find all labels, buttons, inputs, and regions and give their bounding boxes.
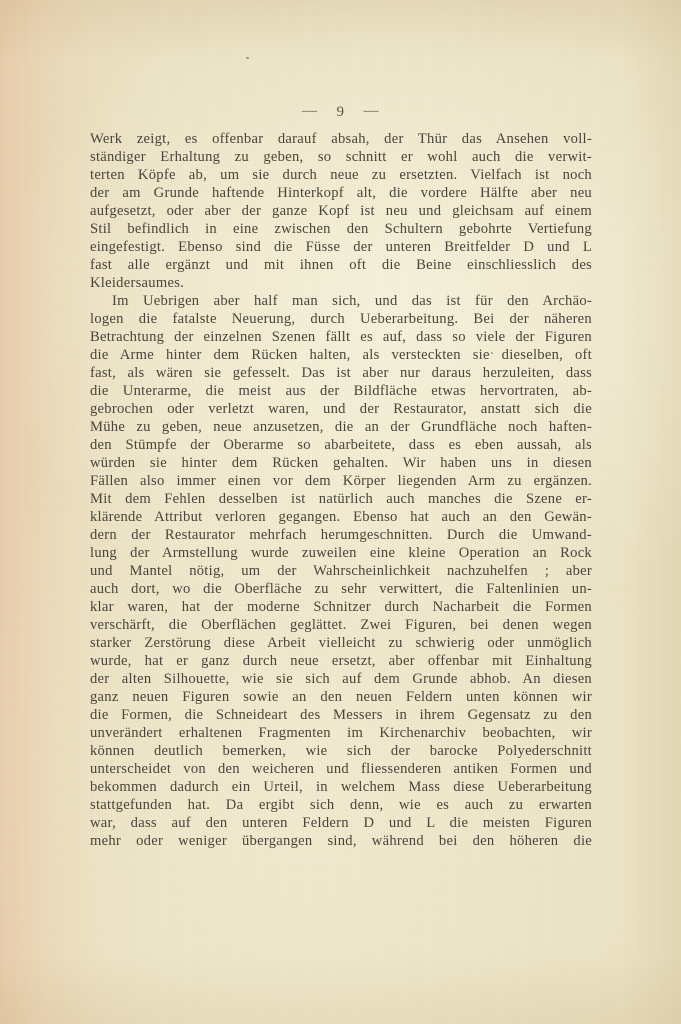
header-dash-right: — [364, 103, 380, 119]
text-line: klar waren, hat der moderne Schnitzer du… [90, 598, 592, 616]
text-line: unverändert erhaltenen Fragmenten im Kir… [90, 724, 592, 742]
text-line: terten Köpfe ab, um sie durch neue zu er… [90, 166, 592, 184]
text-line: die Unterarme, die meist aus der Bildflä… [90, 382, 592, 400]
paragraph: Im Uebrigen aber half man sich, und das … [90, 292, 592, 850]
text-line: gebrochen oder verletzt waren, und der R… [90, 400, 592, 418]
text-line: und Mantel nötig, um der Wahrscheinlichk… [90, 562, 592, 580]
text-line: können deutlich bemerken, wie sich der b… [90, 742, 592, 760]
text-line: logen die fatalste Neuerung, durch Ueber… [90, 310, 592, 328]
text-line: ganz neuen Figuren sowie an den neuen Fe… [90, 688, 592, 706]
text-line: lung der Armstellung wurde zuweilen eine… [90, 544, 592, 562]
text-line: die Arme hinter dem Rücken halten, als v… [90, 346, 592, 364]
text-line: wurde, hat er ganz durch neue ersetzt, a… [90, 652, 592, 670]
ink-speck [246, 57, 249, 59]
paragraph: Werk zeigt, es offenbar darauf absah, de… [90, 130, 592, 292]
text-line: eingefestigt. Ebenso sind die Füsse der … [90, 238, 592, 256]
text-line: auch dort, wo die Oberfläche zu sehr ver… [90, 580, 592, 598]
text-line: Betrachtung der einzelnen Szenen fällt e… [90, 328, 592, 346]
text-line: stattgefunden hat. Da ergibt sich denn, … [90, 796, 592, 814]
text-line: der am Grunde haftende Hinterkopf alt, d… [90, 184, 592, 202]
text-line: würden sie hinter dem Rücken gehalten. W… [90, 454, 592, 472]
text-line: ständiger Erhaltung zu geben, so schnitt… [90, 148, 592, 166]
text-line: Kleidersaumes. [90, 274, 592, 292]
text-line: Mühe zu geben, neue anzusetzen, die an d… [90, 418, 592, 436]
header-dash-left: — [302, 103, 318, 119]
text-line: der alten Silhouette, wie sie sich auf d… [90, 670, 592, 688]
text-line: war, dass auf den unteren Feldern D und … [90, 814, 592, 832]
text-line: verschärft, die Oberflächen geglättet. Z… [90, 616, 592, 634]
text-line: klärende Attribut verloren gegangen. Ebe… [90, 508, 592, 526]
text-line: starker Zerstörung diese Arbeit vielleic… [90, 634, 592, 652]
text-line: aufgesetzt, oder aber der ganze Kopf ist… [90, 202, 592, 220]
text-line: unterscheidet von den weicheren und flie… [90, 760, 592, 778]
text-line: fast alle ergänzt und mit ihnen oft die … [90, 256, 592, 274]
page-header: —9— [0, 101, 681, 123]
text-line: bekommen dadurch ein Urteil, in welchem … [90, 778, 592, 796]
text-line: Fällen also immer einen vor dem Körper l… [90, 472, 592, 490]
text-line: mehr oder weniger übergangen sind, währe… [90, 832, 592, 850]
text-line: die Formen, die Schneideart des Messers … [90, 706, 592, 724]
page-number: 9 [337, 101, 345, 123]
text-line: dern der Restaurator mehrfach herumgesch… [90, 526, 592, 544]
text-line: fast, als wären sie gefesselt. Das ist a… [90, 364, 592, 382]
body-text: Werk zeigt, es offenbar darauf absah, de… [90, 130, 592, 850]
text-line: den Stümpfe der Oberarme so abarbeitete,… [90, 436, 592, 454]
scanned-book-page: —9— Werk zeigt, es offenbar darauf absah… [0, 0, 681, 1024]
text-line: Mit dem Fehlen desselben ist natürlich a… [90, 490, 592, 508]
text-line: Im Uebrigen aber half man sich, und das … [90, 292, 592, 310]
text-line: Stil befindlich in eine zwischen den Sch… [90, 220, 592, 238]
text-line: Werk zeigt, es offenbar darauf absah, de… [90, 130, 592, 148]
